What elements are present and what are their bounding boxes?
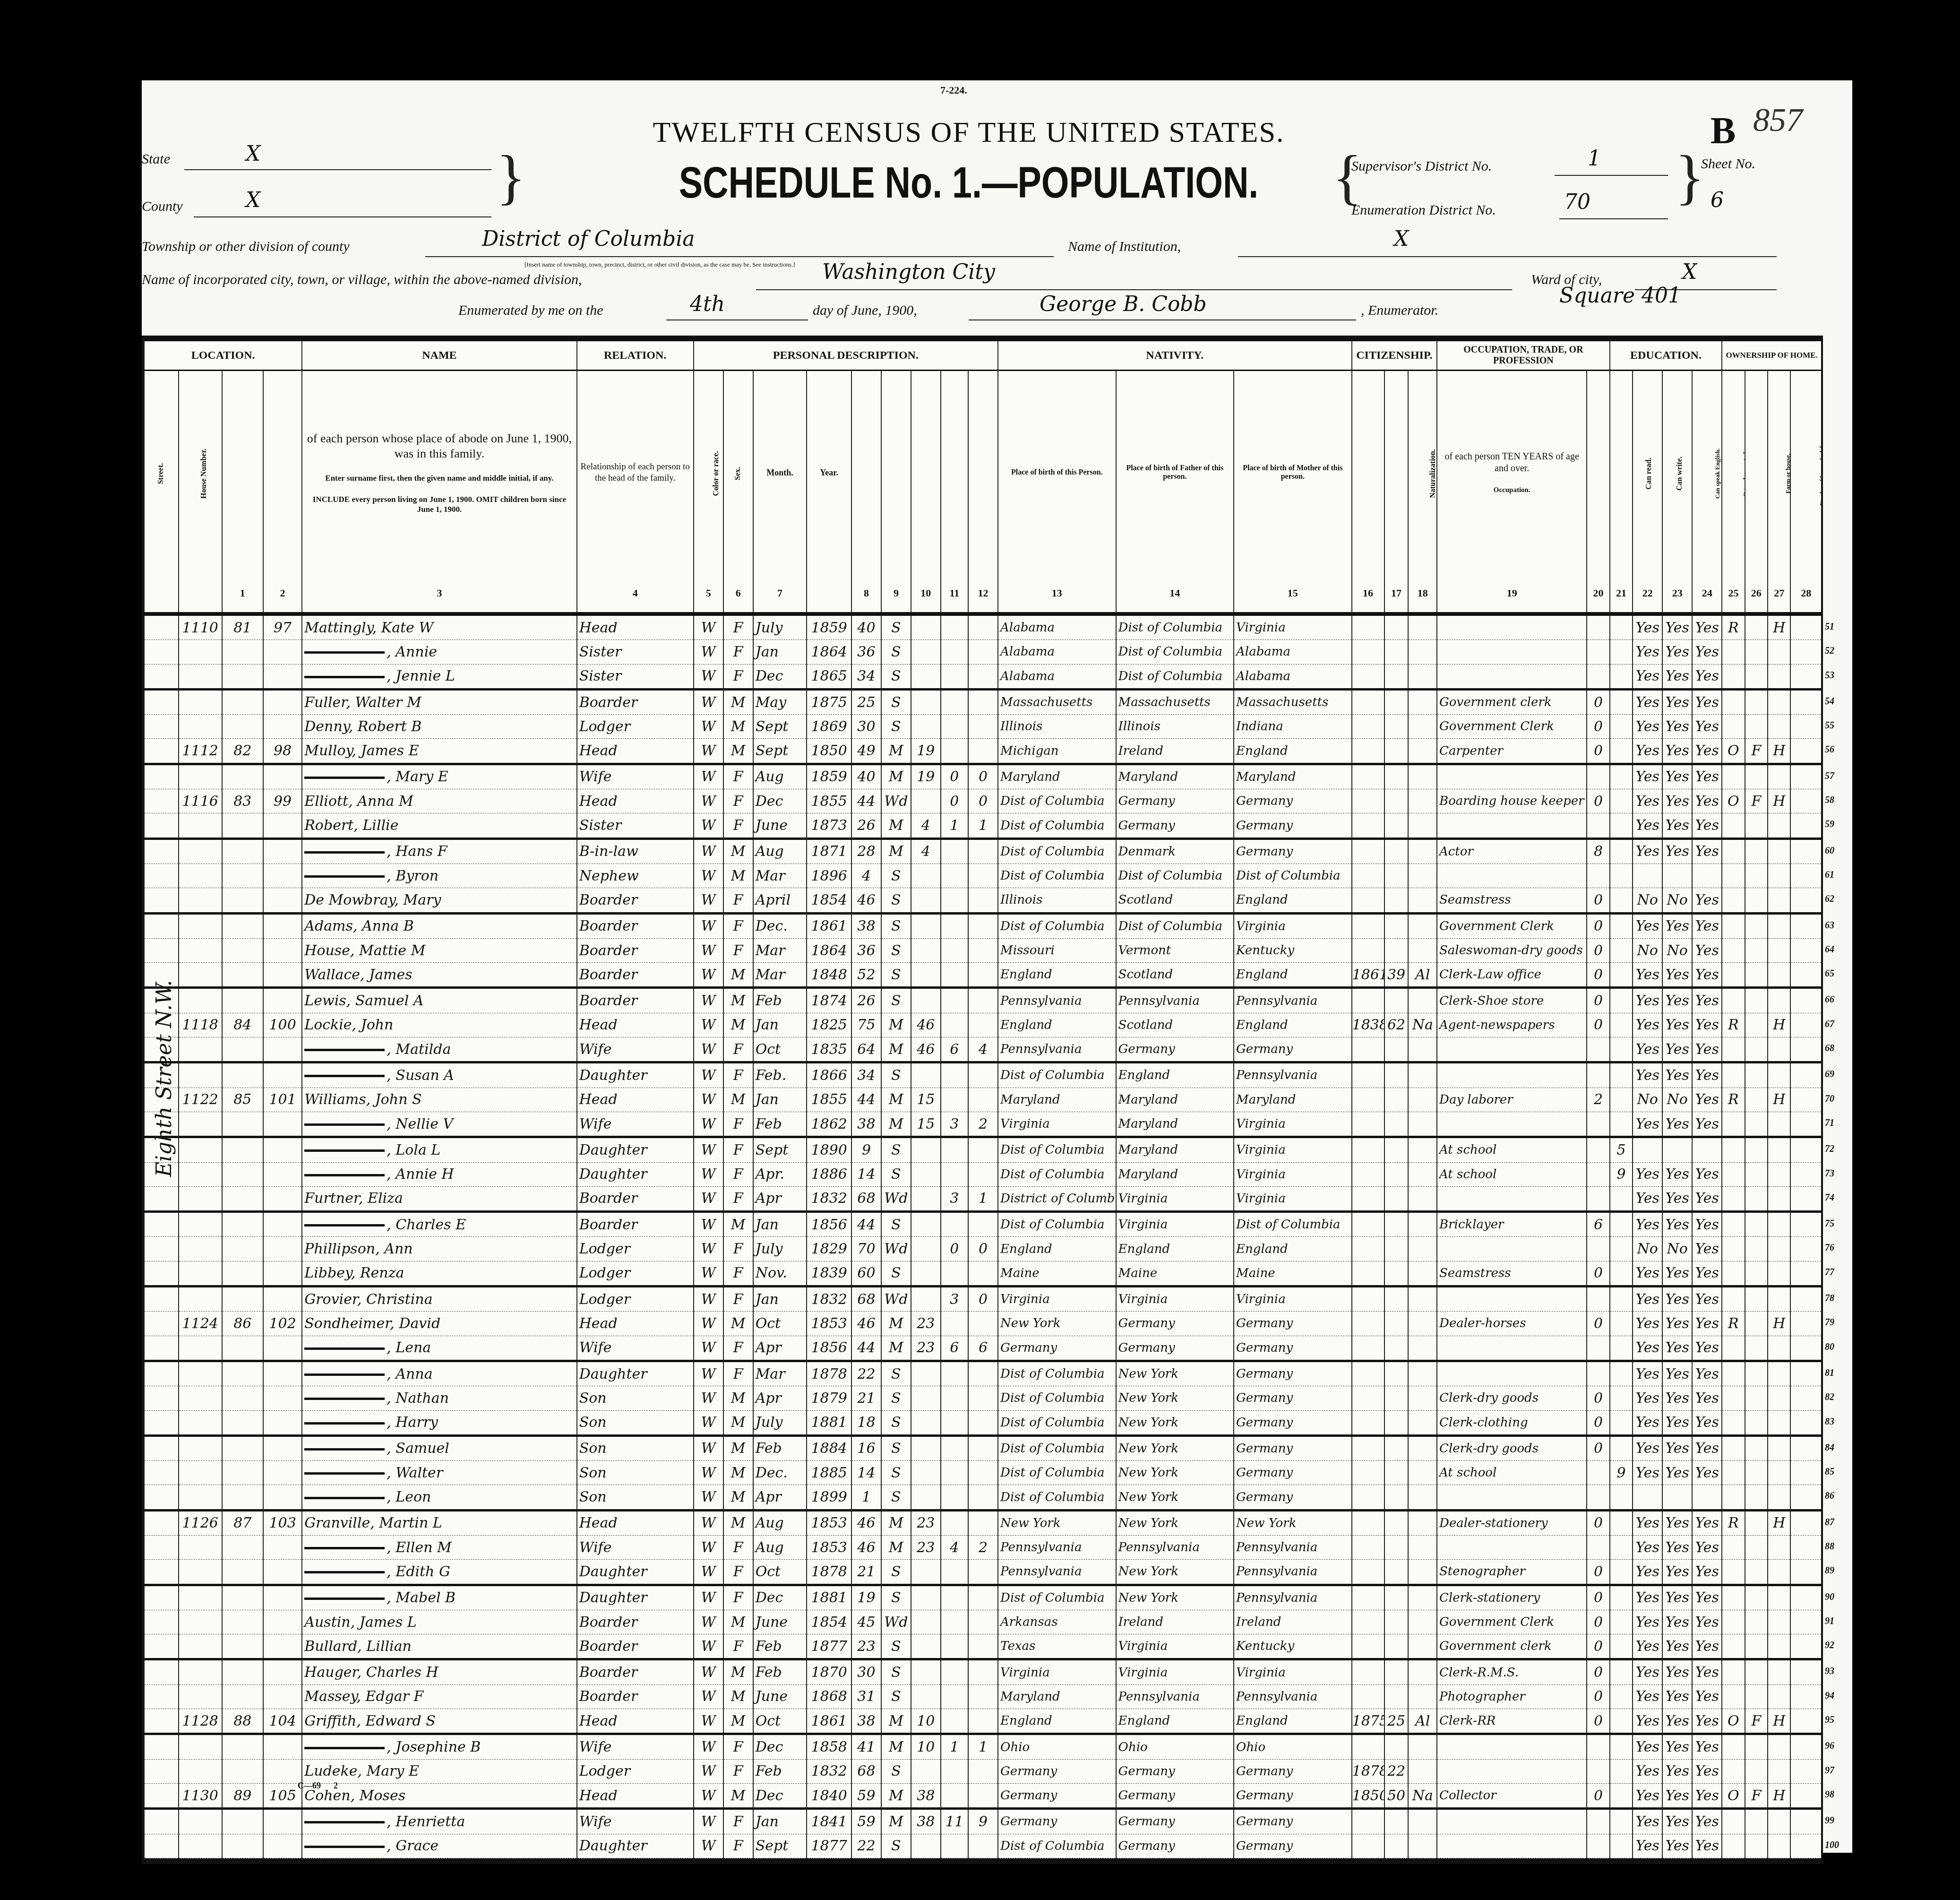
cell-dwelling [222, 1386, 263, 1410]
cell-owned [1722, 1261, 1745, 1286]
line-number: 63 [1825, 920, 1848, 931]
cell-relation: Head [577, 1510, 694, 1535]
cell-dwelling [222, 1809, 263, 1834]
cell-owned [1722, 864, 1745, 888]
cell-mother-of: 1 [941, 1734, 968, 1759]
cell-color: W [694, 1237, 723, 1261]
cell-natz [1408, 813, 1437, 838]
cell-birth: Germany [998, 1336, 1116, 1361]
cell-dwelling: 86 [222, 1312, 263, 1336]
col-father-birthplace: Place of birth of Father of this person. [1116, 371, 1234, 575]
column-number: 14 [1116, 574, 1234, 614]
cell-house: 1130 [179, 1783, 222, 1808]
column-number: 9 [881, 574, 911, 614]
cell-month: Dec [753, 789, 807, 813]
cell-free [1745, 1759, 1768, 1783]
given-name: Kate W [381, 620, 433, 636]
cell-yrs-us [1384, 1560, 1409, 1585]
cell-yrs-married [911, 1461, 941, 1485]
cell-street [144, 664, 179, 689]
cell-family [263, 689, 302, 714]
cell-relation: Wife [577, 1535, 694, 1559]
cell-year: 1875 [807, 689, 851, 714]
column-number: 7 [753, 574, 807, 614]
cell-mother-birth: England [1234, 1709, 1352, 1734]
cell-month: Mar [753, 1361, 807, 1386]
cell-write: Yes [1662, 1186, 1692, 1211]
census-row: Hauger, Charles HBoarderWMFeb187030SVirg… [144, 1659, 1821, 1684]
cell-months-unemp: 6 [1587, 1212, 1609, 1237]
cell-name: Williams, John S [302, 1088, 576, 1112]
cell-marital: S [881, 864, 911, 888]
group-ownership: OWNERSHIP OF HOME. [1722, 341, 1821, 371]
cell-name: Elliott, Anna M [302, 789, 576, 813]
cell-immig [1352, 913, 1384, 938]
cell-birth: England [998, 963, 1116, 988]
cell-farm [1768, 664, 1790, 689]
cell-relation: Son [577, 1410, 694, 1435]
column-number: 24 [1692, 574, 1722, 614]
cell-house [179, 715, 222, 739]
cell-months-unemp [1587, 1186, 1609, 1211]
cell-family: 105 [263, 1783, 302, 1808]
cell-father-birth: Ohio [1116, 1734, 1234, 1759]
cell-house [179, 1585, 222, 1610]
cell-yrs-us [1384, 789, 1409, 813]
cell-occupation: Clerk-dry goods [1437, 1386, 1587, 1410]
cell-birth: Germany [998, 1809, 1116, 1834]
cell-free [1745, 1361, 1768, 1386]
cell-birth: Dist of Columbia [998, 1410, 1116, 1435]
cell-sex: F [723, 1186, 753, 1211]
census-row: , AnnieSisterWFJan186436SAlabamaDist of … [144, 640, 1821, 664]
cell-mother-birth: Germany [1234, 1037, 1352, 1062]
cell-month: Oct [753, 1037, 807, 1062]
cell-age: 28 [851, 838, 881, 864]
cell-month: Feb. [753, 1062, 807, 1088]
cell-yrs-married: 23 [911, 1510, 941, 1535]
column-number: 12 [968, 574, 998, 614]
cell-relation: Boarder [577, 1610, 694, 1634]
cell-marital: M [881, 1013, 911, 1037]
cell-marital: M [881, 1312, 911, 1336]
cell-occupation: Government clerk [1437, 1634, 1587, 1659]
cell-family [263, 1485, 302, 1510]
census-row: Furtner, ElizaBoarderWFApr183268Wd31Dist… [144, 1186, 1821, 1211]
street-annotation: Eighth Street N.W. [152, 980, 176, 1177]
cell-dwelling [222, 1162, 263, 1186]
cell-natz: Na [1408, 1783, 1437, 1808]
line-number: 67 [1825, 1019, 1848, 1030]
cell-name: Grovier, Christina [302, 1287, 576, 1312]
cell-living [968, 864, 998, 888]
column-number: 8 [851, 574, 881, 614]
cell-read: Yes [1633, 813, 1662, 838]
cell-read: Yes [1633, 1585, 1662, 1610]
cell-color: W [694, 988, 723, 1013]
cell-father-birth: New York [1116, 1560, 1234, 1585]
cell-age: 30 [851, 715, 881, 739]
cell-free [1745, 888, 1768, 913]
cell-family [263, 1287, 302, 1312]
line-number: 91 [1825, 1616, 1848, 1627]
cell-color: W [694, 614, 723, 640]
surname: Wallace [304, 967, 360, 983]
cell-read: Yes [1633, 1336, 1662, 1361]
cell-owned [1722, 1659, 1745, 1684]
cell-mother-birth: England [1234, 1237, 1352, 1261]
cell-school [1610, 1312, 1633, 1336]
cell-mother-birth: Germany [1234, 1759, 1352, 1783]
cell-school [1610, 1287, 1633, 1312]
cell-relation: Son [577, 1386, 694, 1410]
township-note: [Insert name of township, town, precinct… [524, 261, 795, 268]
cell-farm-sched: 64 [1790, 938, 1821, 962]
cell-dwelling [222, 1261, 263, 1286]
cell-color: W [694, 938, 723, 962]
cell-street [144, 640, 179, 664]
cell-house [179, 640, 222, 664]
cell-house [179, 1535, 222, 1559]
cell-yrs-us [1384, 1261, 1409, 1286]
cell-mother-of [941, 1610, 968, 1634]
cell-street [144, 1535, 179, 1559]
cell-mother-birth: Germany [1234, 813, 1352, 838]
cell-english: Yes [1692, 888, 1722, 913]
line-number: 53 [1825, 670, 1848, 681]
cell-color: W [694, 1734, 723, 1759]
line-number: 83 [1825, 1416, 1848, 1427]
cell-mother-of [941, 1361, 968, 1386]
cell-natz [1408, 1212, 1437, 1237]
cell-year: 1832 [807, 1759, 851, 1783]
given-name: Samuel A [355, 993, 424, 1009]
col-owned-free: Owned free or mortgaged. [1745, 371, 1768, 575]
cell-mother-of [941, 963, 968, 988]
cell-marital: S [881, 1585, 911, 1610]
cell-father-birth: New York [1116, 1386, 1234, 1410]
cell-farm [1768, 715, 1790, 739]
cell-school [1610, 1336, 1633, 1361]
cell-yrs-married: 4 [911, 813, 941, 838]
cell-natz [1408, 1336, 1437, 1361]
cell-birth: Illinois [998, 888, 1116, 913]
cell-occupation: Collector [1437, 1783, 1587, 1808]
col-street: Street. [144, 371, 179, 575]
cell-immig [1352, 1585, 1384, 1610]
cell-occupation [1437, 1336, 1587, 1361]
cell-birth: Pennsylvania [998, 1560, 1116, 1585]
cell-owned [1722, 1585, 1745, 1610]
cell-occupation [1437, 1037, 1587, 1062]
census-row: 11128298Mulloy, James EHeadWMSept185049M… [144, 739, 1821, 764]
cell-yrs-married [911, 1062, 941, 1088]
cell-color: W [694, 1410, 723, 1435]
cell-father-birth: Virginia [1116, 1634, 1234, 1659]
cell-mother-birth: Alabama [1234, 664, 1352, 689]
cell-age: 40 [851, 764, 881, 789]
cell-father-birth: Virginia [1116, 1186, 1234, 1211]
cell-relation: Boarder [577, 1684, 694, 1709]
cell-owned [1722, 1634, 1745, 1659]
cell-farm-sched: 52 [1790, 640, 1821, 664]
cell-write: Yes [1662, 1037, 1692, 1062]
line-number: 52 [1825, 646, 1848, 656]
cell-occupation: Agent-newspapers [1437, 1013, 1587, 1037]
cell-marital: S [881, 1261, 911, 1286]
cell-farm-sched: 76 [1790, 1237, 1821, 1261]
cell-marital: S [881, 988, 911, 1013]
cell-color: W [694, 838, 723, 864]
column-number [179, 574, 222, 614]
cell-school [1610, 1610, 1633, 1634]
given-name: John S [375, 1091, 422, 1108]
cell-school [1610, 689, 1633, 714]
cell-relation: Head [577, 1312, 694, 1336]
cell-yrs-us [1384, 764, 1409, 789]
cell-marital: M [881, 813, 911, 838]
census-row: , Lola LDaughterWFSept18909SDist of Colu… [144, 1137, 1821, 1162]
cell-living: 0 [968, 1237, 998, 1261]
cell-mother-of: 0 [941, 764, 968, 789]
cell-month: Jan [753, 640, 807, 664]
cell-street [144, 888, 179, 913]
cell-free [1745, 1634, 1768, 1659]
cell-school [1610, 1435, 1633, 1460]
cell-yrs-us [1384, 1834, 1409, 1858]
given-name: Edith G [395, 1563, 450, 1580]
cell-street [144, 1659, 179, 1684]
cell-dwelling [222, 1535, 263, 1559]
cell-dwelling [222, 1759, 263, 1783]
cell-marital: M [881, 1535, 911, 1559]
census-row: 112687103Granville, Martin LHeadWMAug185… [144, 1510, 1821, 1535]
given-name: Grace [395, 1838, 438, 1854]
cell-mother-birth: Germany [1234, 1386, 1352, 1410]
cell-read: Yes [1633, 963, 1662, 988]
cell-natz: Al [1408, 1709, 1437, 1734]
cell-house [179, 1461, 222, 1485]
cell-yrs-us [1384, 1088, 1409, 1112]
cell-months-unemp: 0 [1587, 913, 1609, 938]
cell-immig [1352, 1062, 1384, 1088]
cell-yrs-married [911, 988, 941, 1013]
cell-color: W [694, 1336, 723, 1361]
cell-free [1745, 640, 1768, 664]
cell-school [1610, 1585, 1633, 1610]
cell-farm [1768, 1659, 1790, 1684]
line-number: 81 [1825, 1368, 1848, 1379]
cell-relation: Boarder [577, 938, 694, 962]
cell-write [1662, 864, 1692, 888]
cell-age: 18 [851, 1410, 881, 1435]
cell-name: Griffith, Edward S [302, 1709, 576, 1734]
cell-name: , Josephine B [302, 1734, 576, 1759]
cell-farm-sched: 97 [1790, 1759, 1821, 1783]
cell-yrs-us [1384, 1361, 1409, 1386]
cell-english: Yes [1692, 1461, 1722, 1485]
ditto-dash [304, 1174, 385, 1176]
cell-natz [1408, 689, 1437, 714]
cell-occupation: Clerk-dry goods [1437, 1435, 1587, 1460]
col-immigration-year: Year of immigration to the United States… [1352, 371, 1384, 575]
cell-natz [1408, 913, 1437, 938]
cell-yrs-married: 4 [911, 838, 941, 864]
cell-dwelling: 83 [222, 789, 263, 813]
cell-year: 1861 [807, 1709, 851, 1734]
cell-english: Yes [1692, 1361, 1722, 1386]
cell-year: 1832 [807, 1287, 851, 1312]
cell-occupation: Clerk-R.M.S. [1437, 1659, 1587, 1684]
cell-living: 9 [968, 1809, 998, 1834]
cell-house [179, 1112, 222, 1137]
county-line [194, 216, 491, 217]
cell-name: Sondheimer, David [302, 1312, 576, 1336]
cell-color: W [694, 864, 723, 888]
cell-english: Yes [1692, 640, 1722, 664]
cell-name: , Mabel B [302, 1585, 576, 1610]
cell-yrs-us [1384, 1386, 1409, 1410]
ward-value: X [1682, 260, 1697, 284]
cell-street [144, 715, 179, 739]
cell-mother-birth: Virginia [1234, 1287, 1352, 1312]
cell-owned [1722, 1535, 1745, 1559]
cell-living [968, 938, 998, 962]
cell-month: Oct [753, 1312, 807, 1336]
cell-write: Yes [1662, 1312, 1692, 1336]
cell-mother-birth: Maryland [1234, 764, 1352, 789]
cell-school [1610, 1809, 1633, 1834]
cell-relation: Head [577, 1783, 694, 1808]
cell-house [179, 1734, 222, 1759]
cell-birth: Maryland [998, 1088, 1116, 1112]
cell-living: 1 [968, 1186, 998, 1211]
column-number: 18 [1408, 574, 1437, 614]
cell-free [1745, 1137, 1768, 1162]
cell-marital: S [881, 913, 911, 938]
cell-street [144, 1485, 179, 1510]
cell-sex: M [723, 1659, 753, 1684]
cell-farm [1768, 1336, 1790, 1361]
cell-year: 1877 [807, 1834, 851, 1858]
col-years-in-us: Number of years in the United States. [1384, 371, 1409, 575]
column-number-row: 1234567891011121314151617181920212223242… [144, 574, 1821, 614]
cell-father-birth: Germany [1116, 1336, 1234, 1361]
census-row: Ludeke, Mary ELodgerWFFeb183268SGermanyG… [144, 1759, 1821, 1783]
given-name: Mary E [395, 769, 448, 785]
cell-birth: Germany [998, 1783, 1116, 1808]
cell-english: Yes [1692, 1186, 1722, 1211]
cell-owned: O [1722, 1783, 1745, 1808]
cell-read: Yes [1633, 1461, 1662, 1485]
cell-occupation [1437, 1237, 1587, 1261]
cell-mother-birth: Ireland [1234, 1610, 1352, 1634]
census-row: , Annie HDaughterWFApr.188614SDist of Co… [144, 1162, 1821, 1186]
cell-year: 1878 [807, 1560, 851, 1585]
cell-age: 68 [851, 1186, 881, 1211]
cell-read: Yes [1633, 1783, 1662, 1808]
cell-immig: 1838 [1352, 1013, 1384, 1037]
cell-living [968, 1783, 998, 1808]
given-name: Henrietta [395, 1814, 465, 1830]
cell-school [1610, 1535, 1633, 1559]
enumerated-prefix: Enumerated by me on the [458, 302, 603, 319]
col-relation-desc: Relationship of each person to the head … [577, 371, 694, 575]
cell-mother-birth: Dist of Columbia [1234, 864, 1352, 888]
cell-mother-of [941, 1684, 968, 1709]
cell-street [144, 1336, 179, 1361]
cell-yrs-married [911, 1585, 941, 1610]
cell-yrs-us [1384, 1137, 1409, 1162]
cell-mother-birth: Indiana [1234, 715, 1352, 739]
cell-yrs-us [1384, 640, 1409, 664]
line-number: 56 [1825, 744, 1848, 755]
state-line [184, 169, 491, 170]
cell-free: F [1745, 1709, 1768, 1734]
census-row: , Mabel BDaughterWFDec188119SDist of Col… [144, 1585, 1821, 1610]
line-number: 100 [1825, 1840, 1848, 1851]
cell-yrs-married: 15 [911, 1112, 941, 1137]
cell-immig [1352, 689, 1384, 714]
cell-farm [1768, 1809, 1790, 1834]
cell-age: 21 [851, 1386, 881, 1410]
cell-yrs-us [1384, 838, 1409, 864]
cell-yrs-married [911, 1162, 941, 1186]
census-row: Adams, Anna BBoarderWFDec.186138SDist of… [144, 913, 1821, 938]
cell-month: Jan [753, 1088, 807, 1112]
cell-yrs-married [911, 1287, 941, 1312]
column-number: 1 [222, 574, 263, 614]
cell-relation: Son [577, 1435, 694, 1460]
cell-write: Yes [1662, 1261, 1692, 1286]
cell-living [968, 1560, 998, 1585]
surname: House [304, 942, 350, 959]
cell-free [1745, 1410, 1768, 1435]
cell-mother-of [941, 1834, 968, 1858]
cell-immig [1352, 1560, 1384, 1585]
cell-color: W [694, 1634, 723, 1659]
cell-relation: Lodger [577, 1261, 694, 1286]
ditto-dash [304, 875, 385, 878]
enumerator-name: George B. Cobb [1040, 292, 1207, 316]
cell-father-birth: Germany [1116, 1759, 1234, 1783]
cell-free [1745, 764, 1768, 789]
cell-immig [1352, 640, 1384, 664]
cell-mother-of [941, 715, 968, 739]
cell-name: Hauger, Charles H [302, 1659, 576, 1684]
cell-farm [1768, 1461, 1790, 1485]
cell-name: , Nathan [302, 1386, 576, 1410]
cell-immig [1352, 1410, 1384, 1435]
cell-school [1610, 1659, 1633, 1684]
cell-farm: H [1768, 789, 1790, 813]
cell-farm [1768, 640, 1790, 664]
cell-farm: H [1768, 1709, 1790, 1734]
cell-living [968, 1212, 998, 1237]
cell-natz [1408, 1585, 1437, 1610]
cell-year: 1855 [807, 789, 851, 813]
cell-mother-birth: Maine [1234, 1261, 1352, 1286]
cell-farm-sched: 77 [1790, 1261, 1821, 1286]
cell-occupation [1437, 813, 1587, 838]
cell-relation: Head [577, 614, 694, 640]
given-name: Anna M [357, 793, 413, 810]
cell-month: Feb [753, 1659, 807, 1684]
cell-house: 1122 [179, 1088, 222, 1112]
cell-english: Yes [1692, 1212, 1722, 1237]
cell-english: Yes [1692, 1585, 1722, 1610]
cell-mother-of [941, 739, 968, 764]
